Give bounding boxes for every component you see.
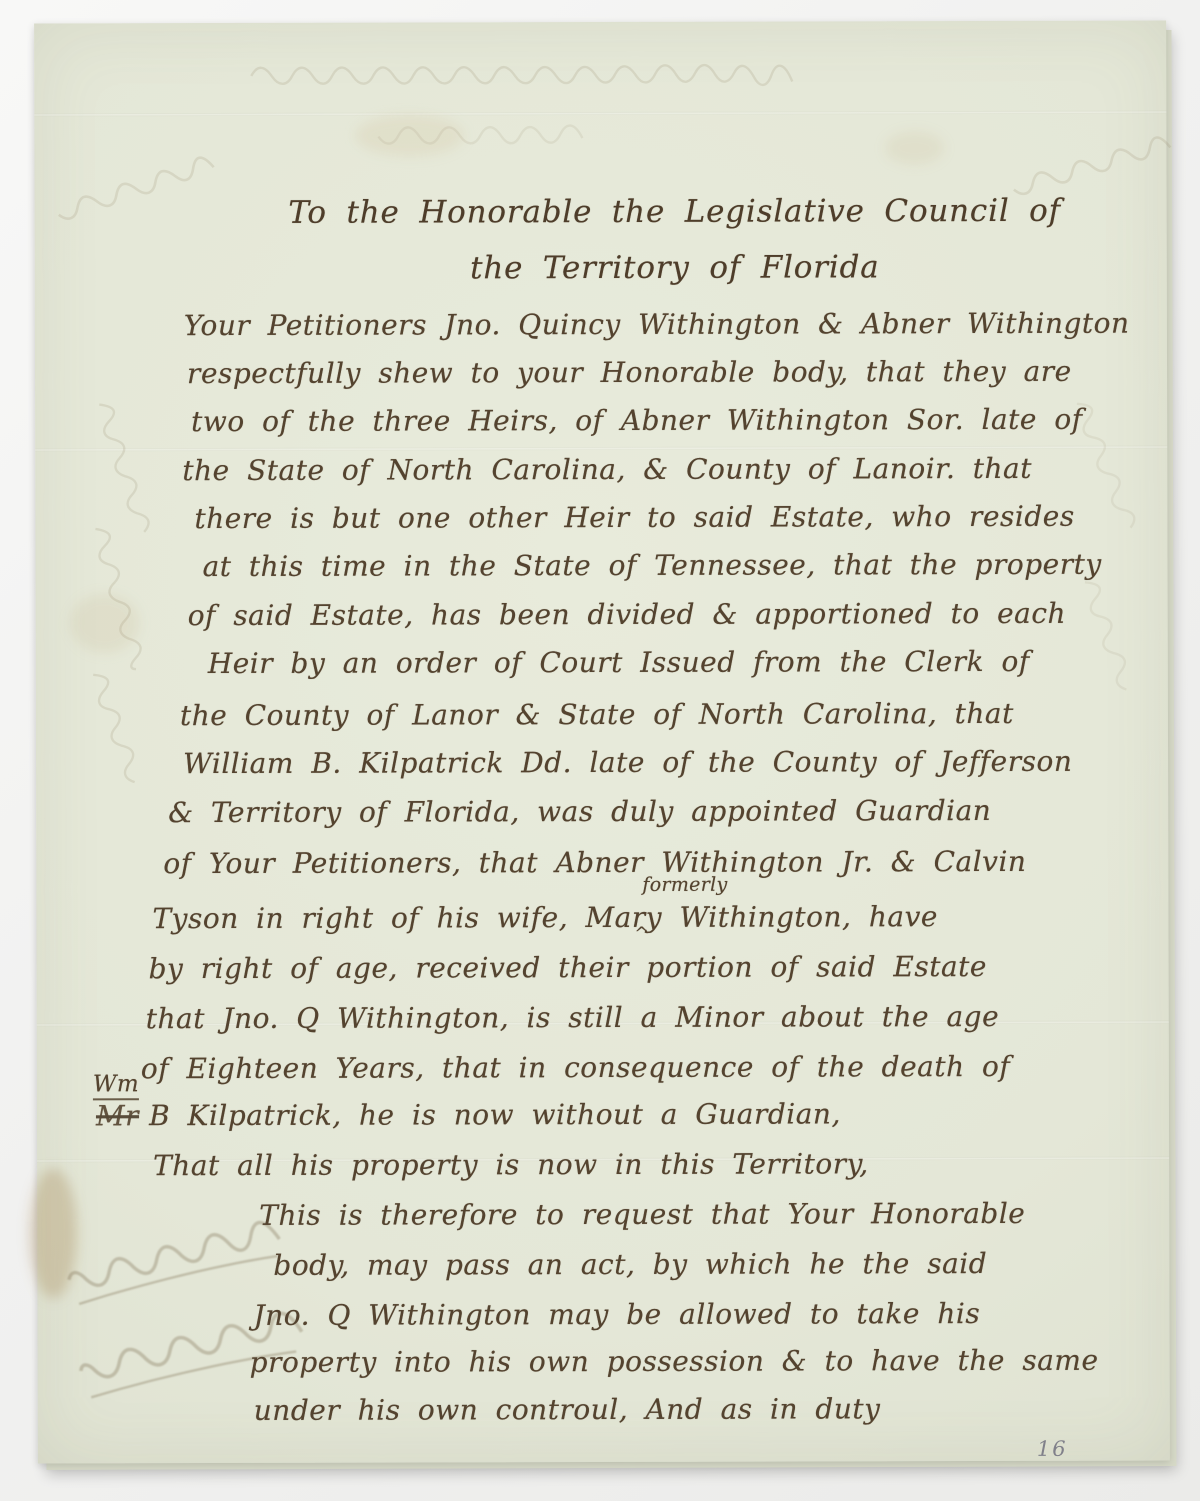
manuscript-line: Your Petitioners Jno. Quincy Withington …: [184, 307, 1130, 342]
manuscript-line: by right of age, received their portion …: [149, 950, 987, 985]
bleedthrough-ghost-writing: [81, 667, 151, 790]
insertion-caret-mark: ^: [634, 924, 648, 944]
manuscript-line: This is therefore to request that Your H…: [259, 1197, 1025, 1232]
bleedthrough-ghost-writing: [234, 55, 794, 100]
manuscript-line: Jno. Q Withington may be allowed to take…: [253, 1297, 980, 1332]
paper-stain: [884, 131, 944, 165]
manuscript-line: respectfully shew to your Honorable body…: [187, 355, 1072, 390]
manuscript-line: William B. Kilpatrick Dd. late of the Co…: [183, 745, 1072, 780]
fold-crease: [35, 446, 1167, 452]
bleedthrough-ghost-writing: [87, 397, 159, 539]
manuscript-line: at this time in the State of Tennessee, …: [202, 548, 1101, 583]
manuscript-line: Tyson in right of his wife, Mary Withing…: [152, 900, 938, 935]
bleedthrough-ghost-writing: [364, 118, 584, 153]
document-title-line-1: To the Honorable the Legislative Council…: [205, 193, 1145, 231]
manuscript-line: the State of North Carolina, & County of…: [182, 452, 1032, 487]
interlinear-insertion-wm: Wm: [93, 1071, 139, 1100]
manuscript-line: of Your Petitioners, that Abner Withingt…: [163, 845, 1026, 880]
scanned-document-background: To the Honorable the Legislative Council…: [0, 0, 1200, 1501]
manuscript-line-text: B Kilpatrick, he is now without a Guardi…: [149, 1097, 841, 1132]
manuscript-line: That all his property is now in this Ter…: [153, 1147, 869, 1182]
struck-out-word: Mr: [96, 1099, 139, 1132]
manuscript-line: that Jno. Q Withington, is still a Minor…: [146, 1000, 999, 1035]
document-title-line-2: the Territory of Florida: [205, 249, 1145, 287]
manuscript-line: property into his own possession & to ha…: [250, 1344, 1099, 1379]
manuscript-line: there is but one other Heir to said Esta…: [194, 500, 1074, 535]
manuscript-line: of said Estate, has been divided & appor…: [188, 597, 1066, 632]
manuscript-line: two of the three Heirs, of Abner Withing…: [191, 403, 1083, 438]
page-number-pencil: 16: [1037, 1437, 1068, 1461]
manuscript-line-with-correction: MrB Kilpatrick, he is now without a Guar…: [96, 1097, 841, 1132]
manuscript-page: To the Honorable the Legislative Council…: [34, 21, 1170, 1464]
manuscript-line: Heir by an order of Court Issued from th…: [208, 645, 1030, 680]
fold-crease: [34, 111, 1166, 117]
manuscript-line: body, may pass an act, by which he the s…: [273, 1247, 987, 1282]
interlinear-insertion-formerly: formerly: [642, 874, 727, 896]
manuscript-line: & Territory of Florida, was duly appoint…: [168, 794, 991, 829]
manuscript-line: the County of Lanor & State of North Car…: [180, 697, 1014, 732]
bleedthrough-ghost-writing: [1073, 574, 1143, 697]
manuscript-line: under his own controul, And as in duty: [254, 1392, 881, 1427]
bleedthrough-ghost-writing: [47, 146, 220, 233]
manuscript-line: of Eighteen Years, that in consequence o…: [141, 1050, 1010, 1085]
